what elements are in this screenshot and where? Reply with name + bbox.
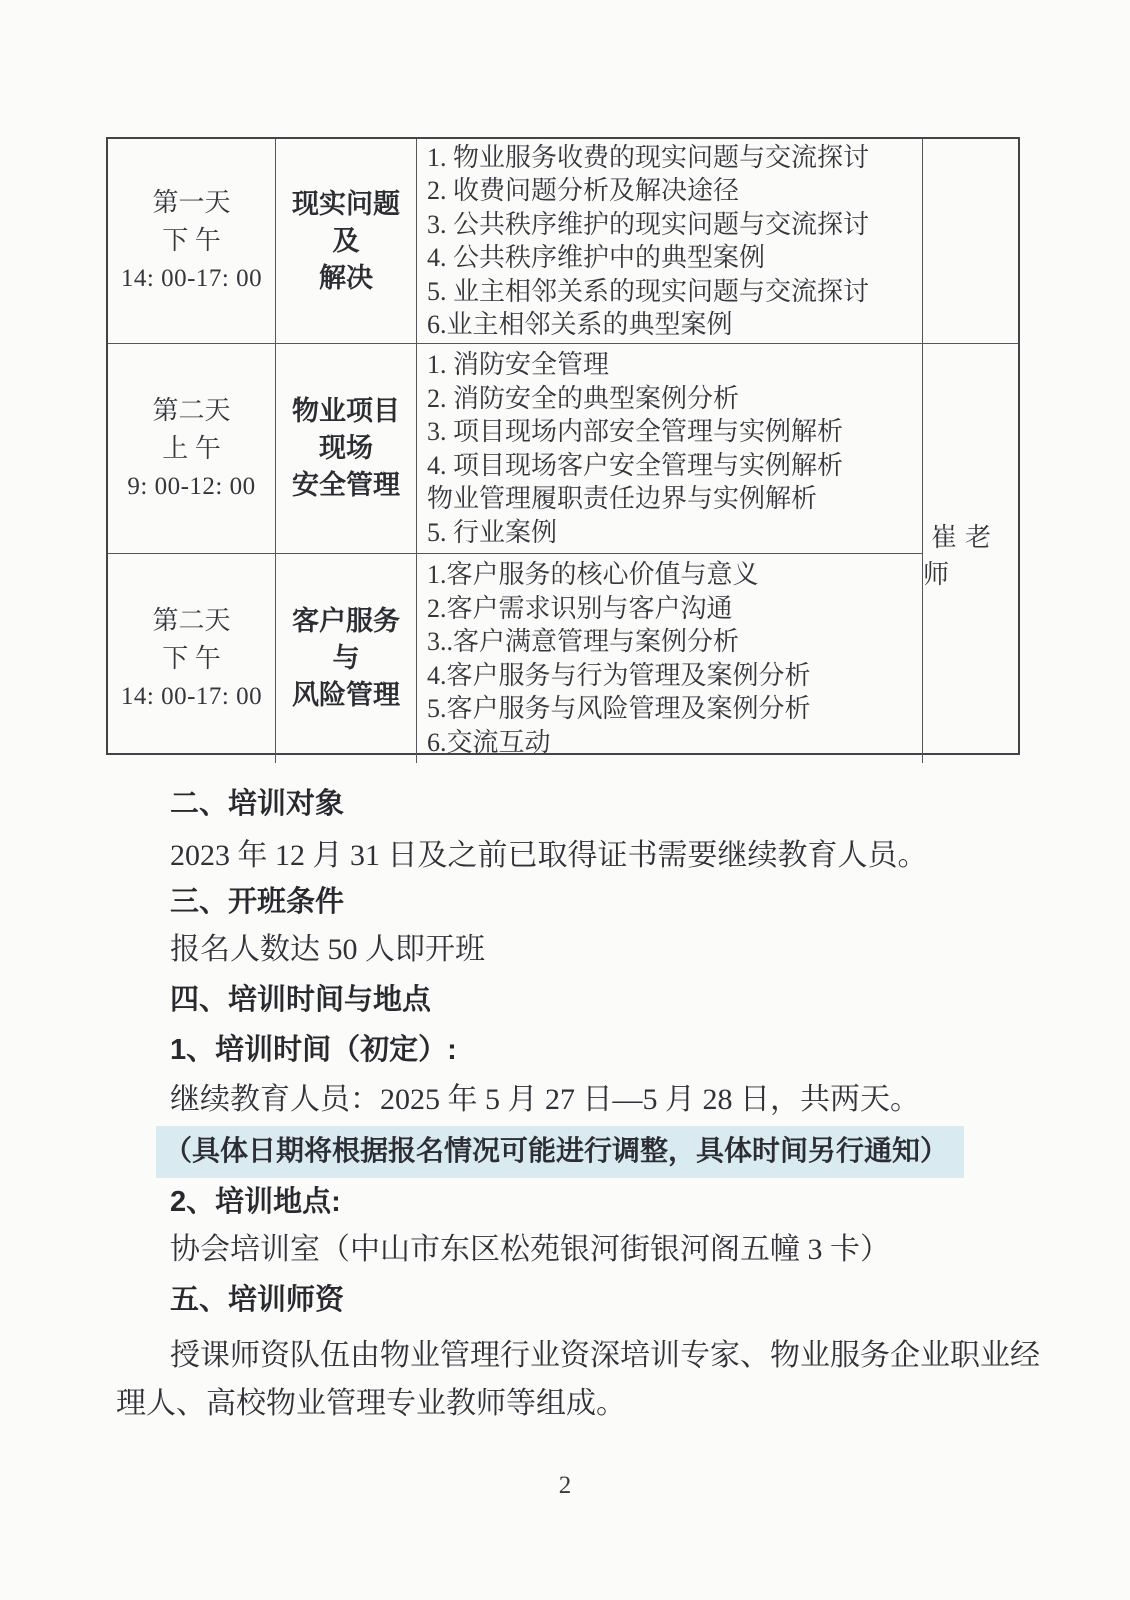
heading-training-place: 2、培训地点: [170, 1184, 341, 1220]
training-schedule-table: 第一天 下 午 14: 00-17: 00 现实问题 及 解决 1. 物业服务收… [106, 137, 1020, 755]
course-item: 3. 公共秩序维护的现实问题与交流探讨 [427, 208, 918, 242]
topic-line: 现实问题 [292, 186, 400, 223]
session-day: 第一天 [152, 184, 230, 222]
session-hours: 9: 00-12: 00 [127, 468, 255, 506]
text-training-target: 2023 年 12 月 31 日及之前已取得证书需要继续教育人员。 [170, 838, 928, 874]
topic-line: 物业项目 [292, 393, 400, 430]
heading-training-target: 二、培训对象 [170, 786, 344, 822]
text-training-time: 继续教育人员：2025 年 5 月 27 日—5 月 28 日，共两天。 [170, 1082, 920, 1118]
topic-line: 现场 [319, 430, 373, 467]
session-content-cell-2: 1. 消防安全管理 2. 消防安全的典型案例分析 3. 项目现场内部安全管理与实… [417, 344, 923, 554]
text-trainers-line2: 理人、高校物业管理专业教师等组成。 [116, 1386, 626, 1422]
heading-time-and-place: 四、培训时间与地点 [170, 982, 431, 1018]
page-number: 2 [0, 1472, 1130, 1500]
course-item: 6.业主相邻关系的典型案例 [427, 308, 918, 342]
session-topic-cell-1: 现实问题 及 解决 [276, 139, 417, 344]
course-item: 5. 行业案例 [427, 516, 918, 550]
text-class-condition: 报名人数达 50 人即开班 [170, 932, 485, 968]
course-item: 5. 业主相邻关系的现实问题与交流探讨 [427, 275, 918, 309]
text-trainers-line1: 授课师资队伍由物业管理行业资深培训专家、物业服务企业职业经 [170, 1338, 1040, 1374]
session-topic-cell-2: 物业项目 现场 安全管理 [276, 344, 417, 554]
teacher-name: 崔老师 [923, 517, 1018, 591]
heading-class-condition: 三、开班条件 [170, 884, 344, 920]
session-day: 第二天 [152, 602, 230, 640]
topic-line: 风险管理 [292, 677, 400, 714]
topic-line: 与 [333, 640, 360, 677]
course-item: 4. 项目现场客户安全管理与实例解析 [427, 449, 918, 483]
session-time-cell-day2-pm: 第二天 下 午 14: 00-17: 00 [108, 554, 276, 763]
text-training-place: 协会培训室（中山市东区松苑银河街银河阁五幢 3 卡） [170, 1232, 890, 1268]
session-content-cell-1: 1. 物业服务收费的现实问题与交流探讨 2. 收费问题分析及解决途径 3. 公共… [417, 139, 923, 344]
session-hours: 14: 00-17: 00 [121, 678, 262, 716]
course-item: 1.客户服务的核心价值与意义 [427, 558, 918, 592]
heading-training-time: 1、培训时间（初定）: [170, 1032, 457, 1068]
topic-line: 安全管理 [292, 467, 400, 504]
course-item: 6.交流互动 [427, 726, 918, 760]
course-item: 1. 物业服务收费的现实问题与交流探讨 [427, 141, 918, 175]
course-item: 3. 项目现场内部安全管理与实例解析 [427, 415, 918, 449]
session-hours: 14: 00-17: 00 [121, 260, 262, 298]
course-item: 2. 收费问题分析及解决途径 [427, 174, 918, 208]
course-item: 4.客户服务与行为管理及案例分析 [427, 659, 918, 693]
course-item: 3..客户满意管理与案例分析 [427, 625, 918, 659]
topic-line: 解决 [319, 260, 373, 297]
document-page: 第一天 下 午 14: 00-17: 00 现实问题 及 解决 1. 物业服务收… [0, 0, 1130, 1600]
course-item: 物业管理履职责任边界与实例解析 [427, 482, 918, 516]
teacher-cell: 崔老师 [923, 344, 1018, 763]
course-item: 4. 公共秩序维护中的典型案例 [427, 241, 918, 275]
session-content-cell-3: 1.客户服务的核心价值与意义 2.客户需求识别与客户沟通 3..客户满意管理与案… [417, 554, 923, 763]
session-time-cell-day2-am: 第二天 上 午 9: 00-12: 00 [108, 344, 276, 554]
session-period: 下 午 [162, 640, 221, 678]
course-item: 2.客户需求识别与客户沟通 [427, 592, 918, 626]
course-item: 2. 消防安全的典型案例分析 [427, 382, 918, 416]
topic-line: 客户服务 [292, 603, 400, 640]
teacher-cell-empty [923, 139, 1018, 344]
note-date-adjustment-highlight: （具体日期将根据报名情况可能进行调整，具体时间另行通知） [156, 1126, 964, 1178]
session-day: 第二天 [152, 392, 230, 430]
session-period: 下 午 [162, 222, 221, 260]
course-item: 5.客户服务与风险管理及案例分析 [427, 692, 918, 726]
session-time-cell-day1-pm: 第一天 下 午 14: 00-17: 00 [108, 139, 276, 344]
session-period: 上 午 [162, 430, 221, 468]
topic-line: 及 [333, 223, 360, 260]
course-item: 1. 消防安全管理 [427, 348, 918, 382]
heading-trainers: 五、培训师资 [170, 1282, 344, 1318]
session-topic-cell-3: 客户服务 与 风险管理 [276, 554, 417, 763]
